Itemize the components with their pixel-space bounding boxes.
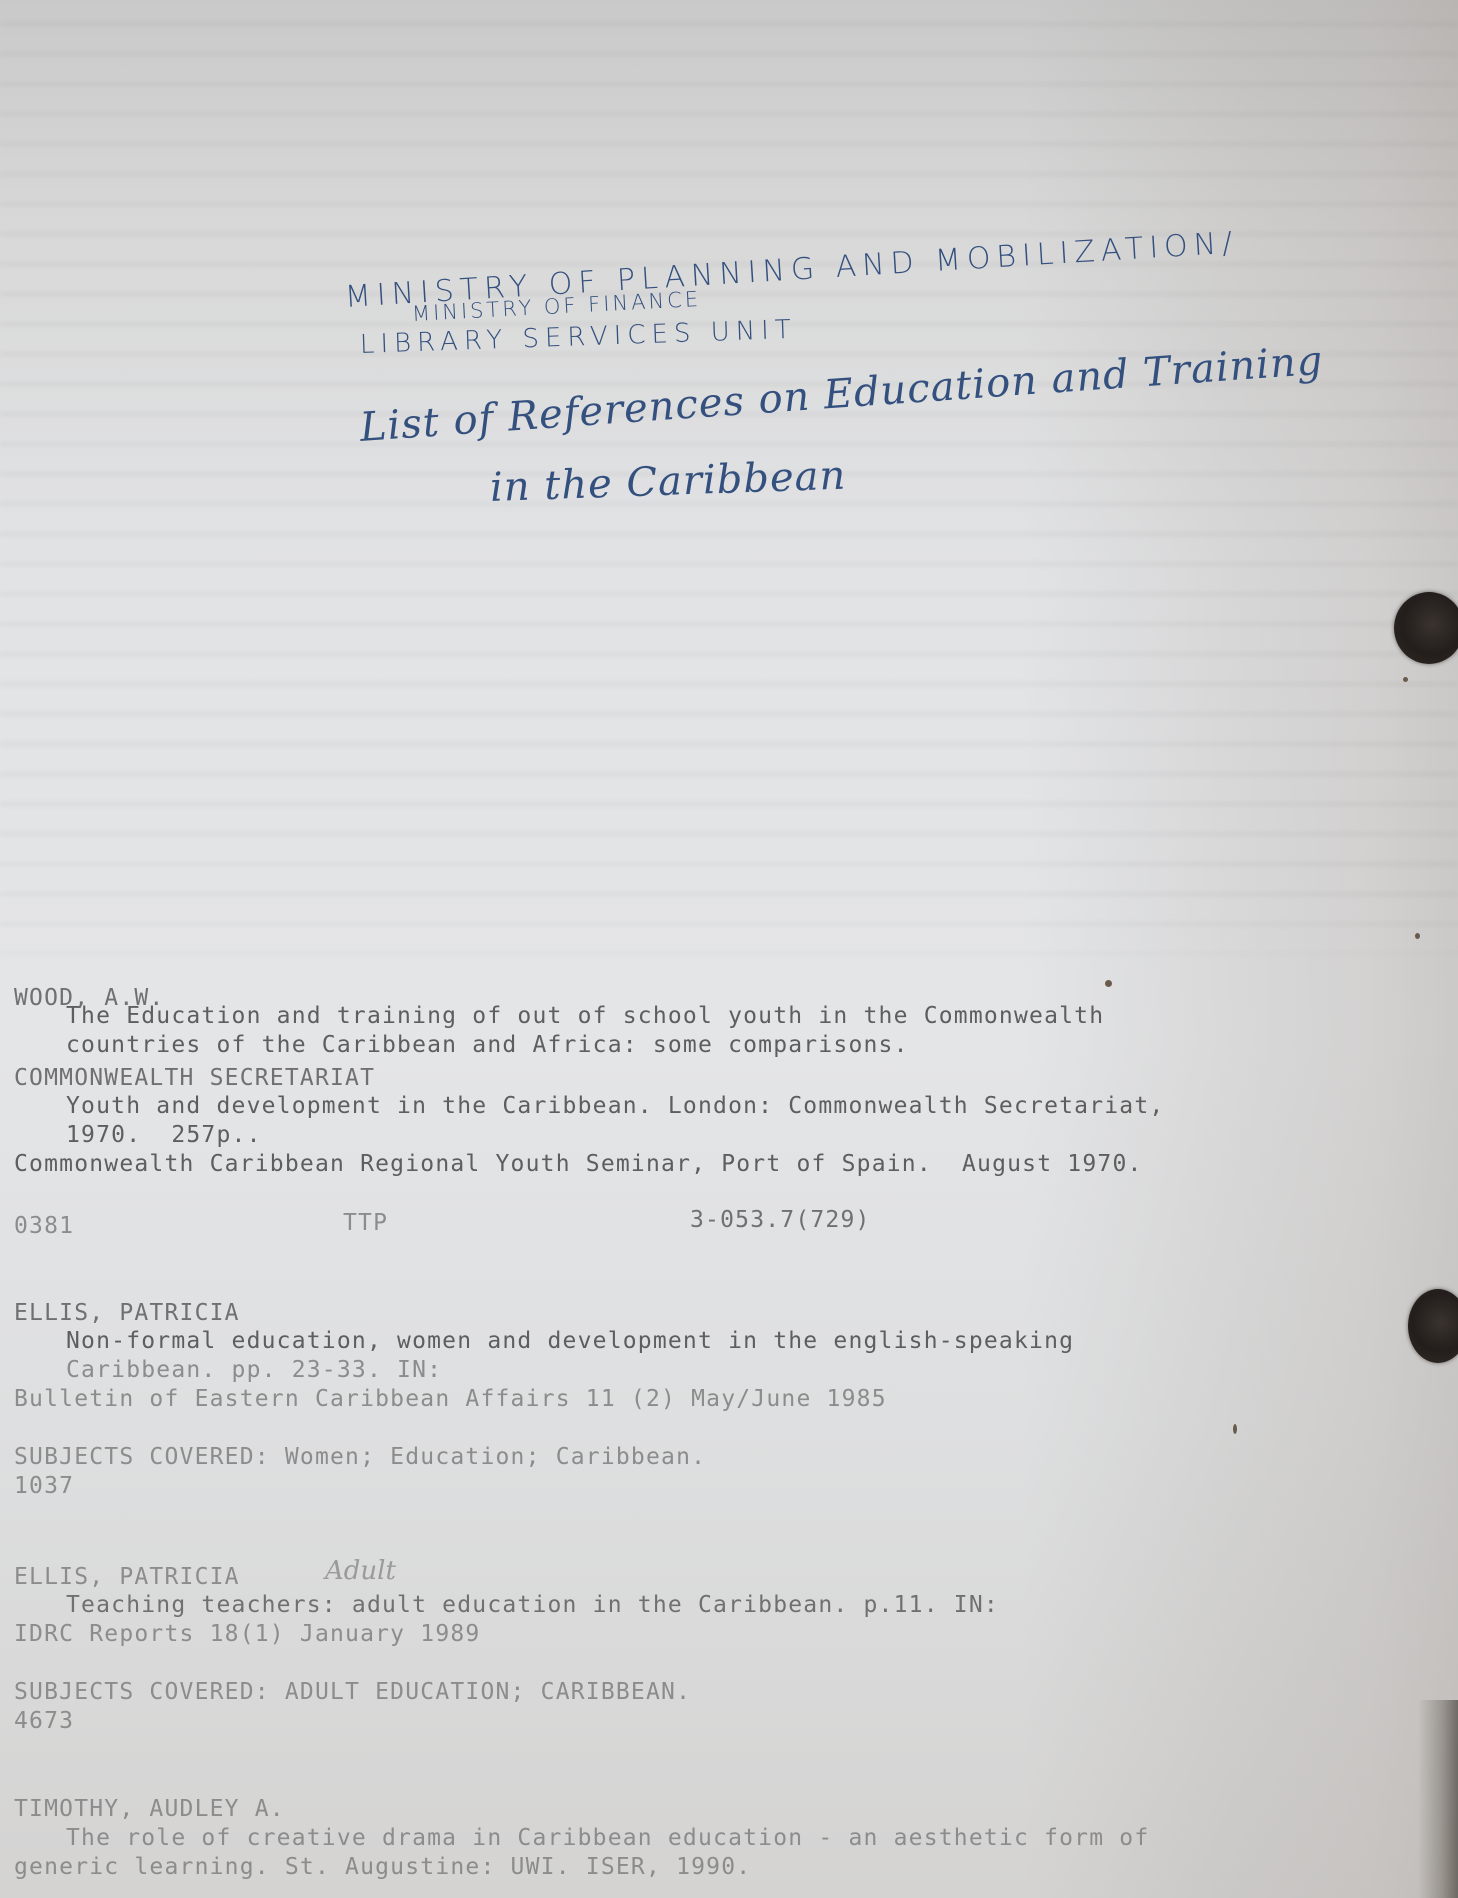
entry-title-line: countries of the Caribbean and Africa: s… — [66, 1032, 909, 1058]
entry-title-line: The role of creative drama in Caribbean … — [66, 1825, 1149, 1851]
entry-title-line: Youth and development in the Caribbean. … — [66, 1093, 1164, 1119]
entry-source: IDRC Reports 18(1) January 1989 — [14, 1621, 480, 1647]
entry-source: Bulletin of Eastern Caribbean Affairs 11… — [14, 1386, 887, 1412]
page-curl-shadow — [1418, 1700, 1458, 1898]
entry-accession-number: 1037 — [14, 1473, 74, 1499]
entry-author: TIMOTHY, AUDLEY A. — [14, 1796, 285, 1822]
entry-title-line: The Education and training of out of sch… — [66, 1003, 1104, 1029]
paper-speck — [1105, 980, 1112, 987]
entry-author: COMMONWEALTH SECRETARIAT — [14, 1065, 375, 1091]
entry-title-line: 1970. 257p.. — [66, 1122, 262, 1148]
entry-title-line: generic learning. St. Augustine: UWI. IS… — [14, 1854, 751, 1880]
scanned-page: MINISTRY OF PLANNING AND MOBILIZATION/ M… — [0, 0, 1458, 1898]
binder-hole-top — [1394, 592, 1458, 664]
entry-classification: 3-053.7(729) — [690, 1207, 871, 1233]
entry-location-code: TTP — [343, 1210, 388, 1236]
entry-accession-number: 4673 — [14, 1708, 74, 1734]
entry-title-line: Teaching teachers: adult education in th… — [66, 1592, 999, 1618]
entry-title-line: Caribbean. pp. 23-33. IN: — [66, 1357, 442, 1383]
paper-speck — [1233, 1424, 1237, 1434]
entry-source: Commonwealth Caribbean Regional Youth Se… — [14, 1151, 1143, 1177]
entry-author: ELLIS, PATRICIA — [14, 1300, 240, 1326]
entry-subjects: SUBJECTS COVERED: Women; Education; Cari… — [14, 1444, 706, 1470]
entry-author: ELLIS, PATRICIA — [14, 1564, 240, 1590]
paper-speck — [1415, 933, 1420, 939]
entry-subjects: SUBJECTS COVERED: ADULT EDUCATION; CARIB… — [14, 1679, 691, 1705]
entry-accession-number: 0381 — [14, 1213, 74, 1239]
entry-title-line: Non-formal education, women and developm… — [66, 1328, 1074, 1354]
pencil-annotation: Adult — [325, 1556, 396, 1586]
paper-speck — [1403, 677, 1408, 682]
